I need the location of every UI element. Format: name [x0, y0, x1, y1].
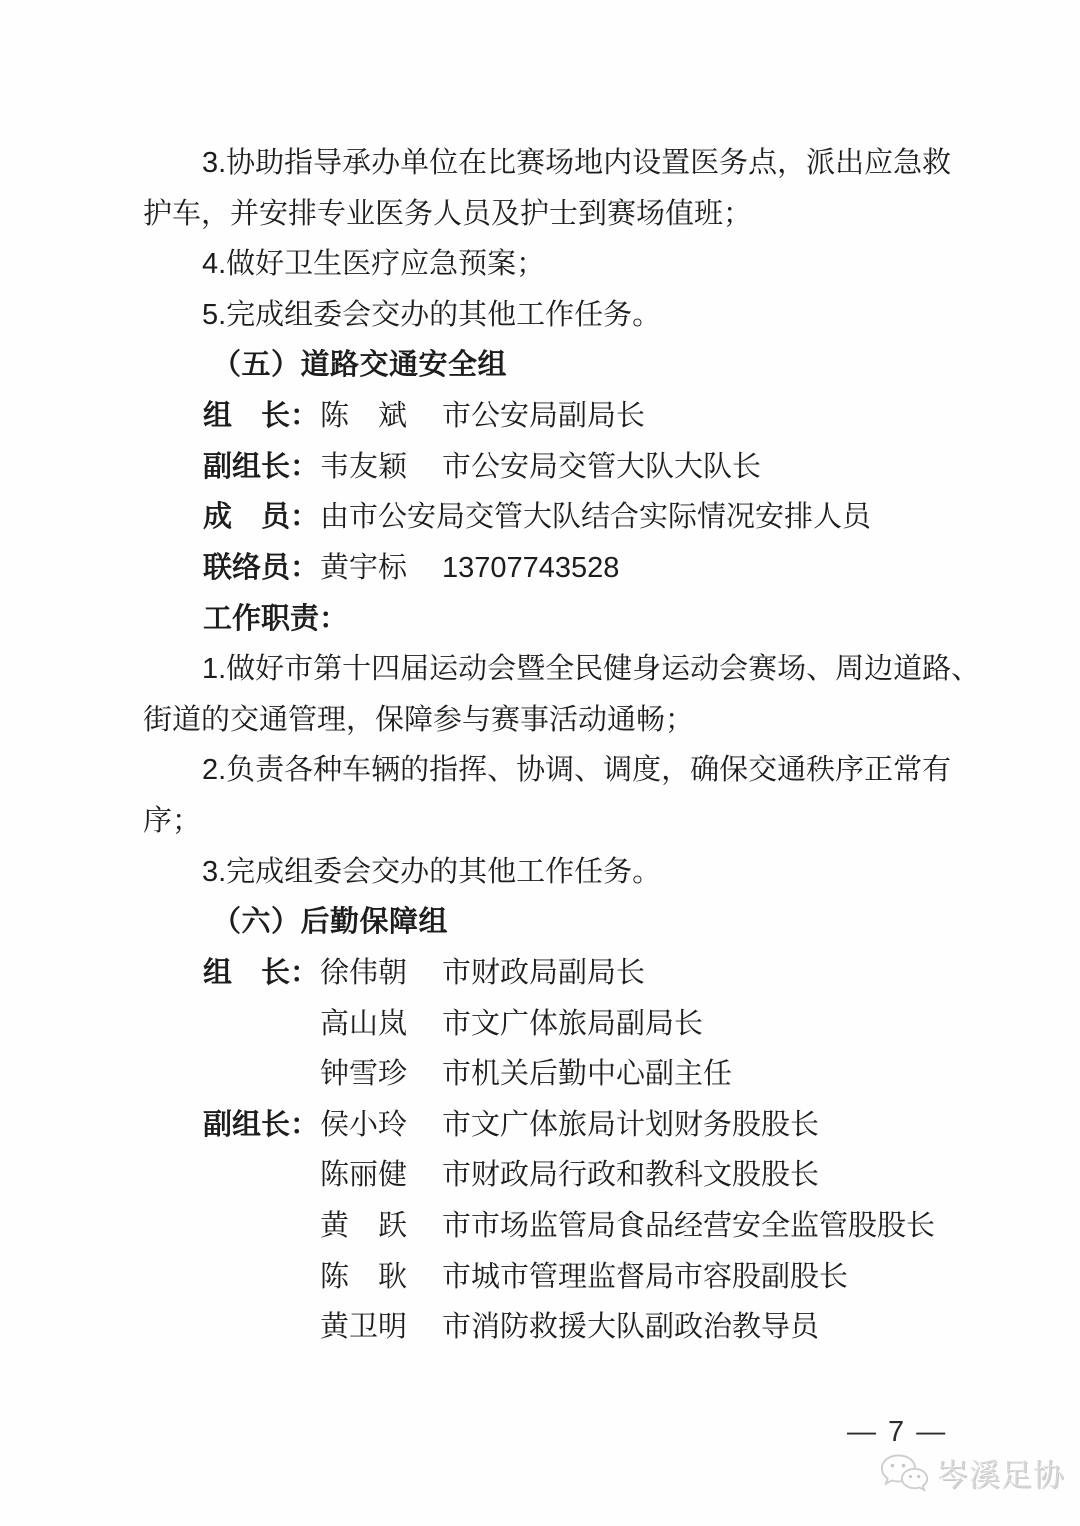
body-line: 3.协助指导承办单位在比赛场地内设置医务点，派出应急救	[202, 138, 951, 189]
roster-title: 13707743528	[442, 543, 619, 594]
roster-name: 陈丽健	[320, 1150, 442, 1201]
roster-row: 钟雪珍市机关后勤中心副主任	[203, 1049, 732, 1100]
roster-name: 黄宇标	[320, 543, 442, 594]
roster-text: 由市公安局交管大队结合实际情况安排人员	[320, 492, 871, 543]
roster-title: 市财政局行政和教科文股股长	[442, 1150, 819, 1201]
roster-name: 陈 耿	[320, 1252, 442, 1303]
roster-name: 韦友颖	[320, 442, 442, 493]
roster-label: 联络员：	[203, 543, 320, 594]
roster-label: 组 长：	[203, 948, 320, 999]
roster-name: 高山岚	[320, 999, 442, 1050]
watermark: 岑溪足协	[880, 1450, 1065, 1495]
roster-row: 成 员：由市公安局交管大队结合实际情况安排人员	[203, 492, 871, 543]
roster-row: 陈丽健市财政局行政和教科文股股长	[203, 1150, 819, 1201]
roster-name: 徐伟朝	[320, 948, 442, 999]
roster-label: 副组长：	[203, 1100, 320, 1151]
roster-row: 副组长：韦友颖市公安局交管大队大队长	[203, 442, 761, 493]
body-line: 序；	[143, 796, 201, 847]
document-page: 3.协助指导承办单位在比赛场地内设置医务点，派出应急救护车，并安排专业医务人员及…	[0, 0, 1080, 1526]
roster-name: 侯小玲	[320, 1100, 442, 1151]
roster-name: 陈 斌	[320, 391, 442, 442]
roster-row: 组 长：徐伟朝市财政局副局长	[203, 948, 645, 999]
roster-name: 黄卫明	[320, 1302, 442, 1353]
roster-row: 组 长：陈 斌市公安局副局长	[203, 391, 645, 442]
roster-name: 黄 跃	[320, 1201, 442, 1252]
roster-name: 钟雪珍	[320, 1049, 442, 1100]
body-line: 4.做好卫生医疗应急预案；	[202, 239, 545, 290]
roster-row: 联络员：黄宇标13707743528	[203, 543, 619, 594]
roster-title: 市消防救援大队副政治教导员	[442, 1302, 819, 1353]
roster-label: 成 员：	[203, 492, 320, 543]
section-heading: （五）道路交通安全组	[212, 340, 507, 391]
roster-row: 副组长：侯小玲市文广体旅局计划财务股股长	[203, 1100, 819, 1151]
roster-title: 市公安局交管大队大队长	[442, 442, 761, 493]
body-line: 2.负责各种车辆的指挥、协调、调度，确保交通秩序正常有	[202, 745, 951, 796]
watermark-text: 岑溪足协	[937, 1450, 1065, 1495]
roster-title: 市文广体旅局副局长	[442, 999, 703, 1050]
roster-row: 陈 耿市城市管理监督局市容股副股长	[203, 1252, 848, 1303]
body-line: 街道的交通管理，保障参与赛事活动通畅；	[143, 695, 694, 746]
roster-title: 市文广体旅局计划财务股股长	[442, 1100, 819, 1151]
roster-title: 市机关后勤中心副主任	[442, 1049, 732, 1100]
body-line: 5.完成组委会交办的其他工作任务。	[202, 290, 661, 341]
roster-row: 黄 跃市市场监管局食品经营安全监管股股长	[203, 1201, 935, 1252]
body-line: 1.做好市第十四届运动会暨全民健身运动会赛场、周边道路、	[202, 644, 980, 695]
roster-row: 高山岚市文广体旅局副局长	[203, 999, 703, 1050]
roster-title: 市财政局副局长	[442, 948, 645, 999]
wechat-icon	[880, 1453, 928, 1493]
roster-label: 组 长：	[203, 391, 320, 442]
body-line: 护车，并安排专业医务人员及护士到赛场值班；	[143, 189, 752, 240]
roster-title: 市城市管理监督局市容股副股长	[442, 1252, 848, 1303]
duties-subhead: 工作职责：	[203, 594, 348, 645]
roster-title: 市公安局副局长	[442, 391, 645, 442]
roster-label: 副组长：	[203, 442, 320, 493]
body-line: 3.完成组委会交办的其他工作任务。	[202, 847, 661, 898]
roster-row: 黄卫明市消防救援大队副政治教导员	[203, 1302, 819, 1353]
section-heading: （六）后勤保障组	[212, 897, 448, 948]
roster-title: 市市场监管局食品经营安全监管股股长	[442, 1201, 935, 1252]
